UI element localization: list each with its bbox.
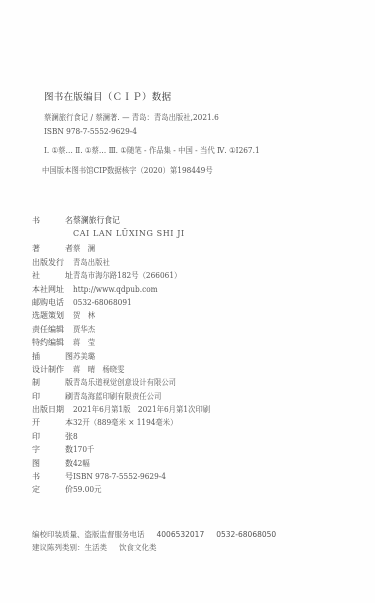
display-category: 建议陈列类别：生活类饮食文化类 xyxy=(32,541,276,554)
colophon-row-mail-order-phone: 邮购电话 0532-68068091 xyxy=(32,296,362,309)
colophon-row-price: 定价 59.00元 xyxy=(32,483,362,496)
quality-hotline: 编校印装质量、盗版监督服务电话40065320170532-68068050 xyxy=(32,528,276,541)
cip-block: 图书在版编目（ＣＩＰ）数据 蔡澜旅行食记 / 蔡澜著. — 青岛：青岛出版社,2… xyxy=(44,91,364,156)
colophon-row-publisher: 出版发行 青岛出版社 xyxy=(32,256,362,269)
word-count: 170千 xyxy=(73,443,94,456)
cip-approval-number: 中国版本图书馆CIP数据核字（2020）第198449号 xyxy=(42,165,213,176)
colophon-row-publish-date: 出版日期 2021年6月第1版 2021年6月第1次印刷 xyxy=(32,403,362,416)
colophon-row-editor: 责任编辑 贾华杰 xyxy=(32,323,362,336)
author: 蔡 澜 xyxy=(73,242,95,255)
mail-order-phone: 0532-68068091 xyxy=(73,296,132,309)
isbn: ISBN 978-7-5552-9629-4 xyxy=(73,470,166,483)
colophon-row-printer: 印刷 青岛海蓝印刷有限责任公司 xyxy=(32,390,362,403)
planner: 贺 林 xyxy=(73,309,95,322)
colophon-row-illustration: 插图 苏美璐 xyxy=(32,350,362,363)
colophon-row-format: 开本 32开（889毫米 × 1194毫米） xyxy=(32,416,362,429)
hotline-number-1: 4006532017 xyxy=(157,530,205,539)
address: 青岛市海尔路182号（266061） xyxy=(73,269,181,282)
publisher: 青岛出版社 xyxy=(73,256,110,269)
designers: 蒋 晴 杨晓雯 xyxy=(73,363,125,376)
illustrator: 苏美璐 xyxy=(73,350,95,363)
book-title-pinyin: CAI LAN LÜXING SHI JI xyxy=(32,227,362,241)
special-editor: 蒋 莹 xyxy=(73,336,95,349)
colophon-row-website: 本社网址 http://www.qdpub.com xyxy=(32,283,362,296)
printer: 青岛海蓝印刷有限责任公司 xyxy=(73,390,161,403)
plate-maker: 青岛乐道视觉创意设计有限公司 xyxy=(73,376,176,389)
editor: 贾华杰 xyxy=(73,323,95,336)
website: http://www.qdpub.com xyxy=(73,283,158,296)
colophon-row-plate-making: 制版 青岛乐道视觉创意设计有限公司 xyxy=(32,376,362,389)
cip-record-line: 蔡澜旅行食记 / 蔡澜著. — 青岛：青岛出版社,2021.6 xyxy=(44,112,338,123)
cip-heading: 图书在版编目（ＣＩＰ）数据 xyxy=(44,91,364,104)
book-title: 蔡澜旅行食记 xyxy=(73,215,120,228)
colophon-row-planner: 选题策划 贺 林 xyxy=(32,309,362,322)
colophon-row-special-editor: 特约编辑 蒋 莹 xyxy=(32,336,362,349)
cip-classification-line: Ⅰ. ①蔡… Ⅱ. ①蔡… Ⅲ. ①随笔 - 作品集 - 中国 - 当代 Ⅳ. … xyxy=(44,145,338,156)
printed-sheets: 8 xyxy=(73,430,78,443)
colophon-row-design: 设计制作 蒋 晴 杨晓雯 xyxy=(32,363,362,376)
illustration-count: 42幅 xyxy=(73,457,90,470)
publish-date: 2021年6月第1版 2021年6月第1次印刷 xyxy=(73,403,210,416)
colophon-label: 书 名 xyxy=(32,214,73,227)
copyright-page: 图书在版编目（ＣＩＰ）数据 蔡澜旅行食记 / 蔡澜著. — 青岛：青岛出版社,2… xyxy=(0,0,375,603)
footer-notes: 编校印装质量、盗版监督服务电话40065320170532-68068050 建… xyxy=(32,528,276,554)
hotline-number-2: 0532-68068050 xyxy=(216,530,276,539)
colophon-row-author: 著者 蔡 澜 xyxy=(32,242,362,255)
colophon-row-sheets: 印张 8 xyxy=(32,430,362,443)
colophon-table: 书 名 蔡澜旅行食记 CAI LAN LÜXING SHI JI 著者 蔡 澜 … xyxy=(32,214,362,497)
colophon-row-illustration-count: 图数 42幅 xyxy=(32,457,362,470)
cip-isbn-line: ISBN 978-7-5552-9629-4 xyxy=(44,126,338,137)
colophon-row-address: 社址 青岛市海尔路182号（266061） xyxy=(32,269,362,282)
price: 59.00元 xyxy=(73,483,101,496)
format: 32开（889毫米 × 1194毫米） xyxy=(73,416,178,429)
colophon-row-isbn: 书号 ISBN 978-7-5552-9629-4 xyxy=(32,470,362,483)
colophon-row-title: 书 名 蔡澜旅行食记 xyxy=(32,214,362,227)
colophon-row-word-count: 字数 170千 xyxy=(32,443,362,456)
